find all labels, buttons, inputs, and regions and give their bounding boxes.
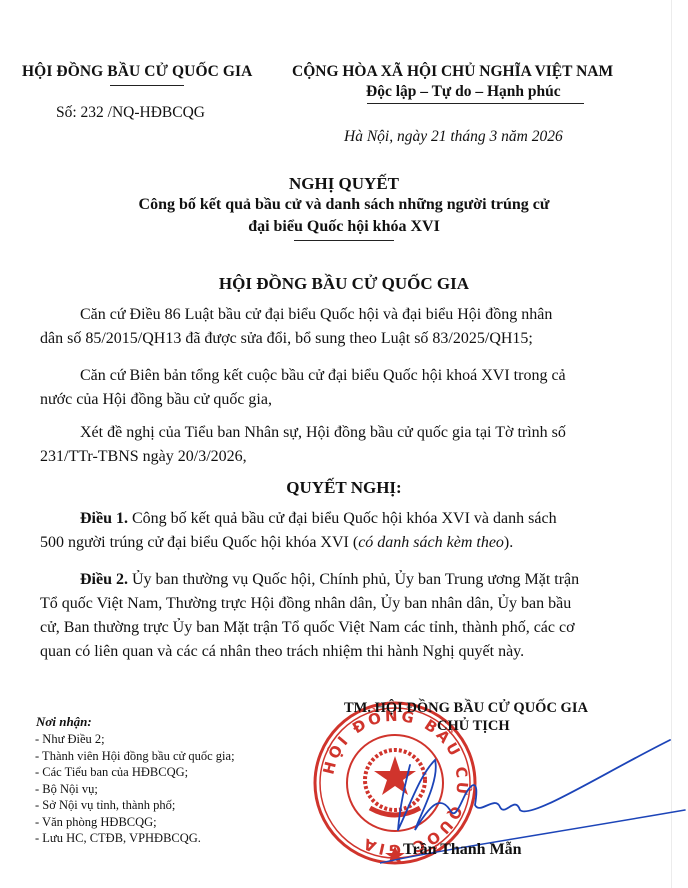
legal-basis-2: Căn cứ Biên bản tổng kết cuộc bầu cử đại… [40,364,658,412]
legal-basis-2-line-1: Căn cứ Biên bản tổng kết cuộc bầu cử đại… [40,364,658,388]
recipient-item: - Các Tiểu ban của HĐBCQG; [35,764,235,781]
document-type: NGHỊ QUYẾT [0,174,688,194]
recipients-list: - Như Điều 2; - Thành viên Hội đồng bầu … [35,731,235,847]
national-title: CỘNG HÒA XÃ HỘI CHỦ NGHĨA VIỆT NAM [292,63,613,81]
issuer-heading: HỘI ĐỒNG BẦU CỬ QUỐC GIA [0,274,688,294]
article-1: Điều 1. Công bố kết quả bầu cử đại biểu … [40,507,658,555]
recipient-item: - Thành viên Hội đồng bầu cử quốc gia; [35,748,235,765]
legal-basis-3-line-1: Xét đề nghị của Tiểu ban Nhân sự, Hội đồ… [40,421,658,445]
document-subject-line-1: Công bố kết quả bầu cử và danh sách nhữn… [0,196,688,214]
recipient-item: - Lưu HC, CTĐB, VPHĐBCQG. [35,830,235,847]
article-2-label: Điều 2. [80,571,128,588]
subject-underline [294,240,394,241]
recipient-item: - Văn phòng HĐBCQG; [35,814,235,831]
article-1-attachment-note: có danh sách kèm theo [358,534,504,551]
legal-basis-2-line-2: nước của Hội đồng bầu cử quốc gia, [40,388,658,412]
org-underline [110,85,184,86]
legal-basis-3: Xét đề nghị của Tiểu ban Nhân sự, Hội đồ… [40,421,658,469]
decision-heading: QUYẾT NGHỊ: [0,478,688,498]
legal-basis-1-line-2: dân số 85/2015/QH13 đã được sửa đổi, bổ … [40,327,658,351]
article-1-text: Công bố kết quả bầu cử đại biểu Quốc hội… [128,510,557,527]
article-2-line-2: Tổ quốc Việt Nam, Thường trực Hội đồng n… [40,592,658,616]
article-2-text: Ủy ban thường vụ Quốc hội, Chính phủ, Ủy… [128,571,579,588]
article-1-text-end: ). [504,534,513,551]
issuing-organization: HỘI ĐỒNG BẦU CỬ QUỐC GIA [22,63,252,81]
recipient-item: - Bộ Nội vụ; [35,781,235,798]
article-2-line-1: Điều 2. Ủy ban thường vụ Quốc hội, Chính… [40,568,658,592]
legal-basis-3-line-2: 231/TTr-TBNS ngày 20/3/2026, [40,445,658,469]
article-2-line-3: cử, Ban thường trực Ủy ban Mặt trận Tổ q… [40,616,658,640]
document-number: Số: 232 /NQ-HĐBCQG [56,104,205,122]
recipient-item: - Sở Nội vụ tỉnh, thành phố; [35,797,235,814]
article-2-line-4: quan có liên quan và các cá nhân theo tr… [40,640,658,664]
article-2: Điều 2. Ủy ban thường vụ Quốc hội, Chính… [40,568,658,664]
recipients-title: Nơi nhận: [36,714,92,730]
article-1-line-1: Điều 1. Công bố kết quả bầu cử đại biểu … [40,507,658,531]
recipient-item: - Như Điều 2; [35,731,235,748]
article-1-label: Điều 1. [80,510,128,527]
article-1-line-2: 500 người trúng cử đại biểu Quốc hội khó… [40,531,658,555]
article-1-text-2: 500 người trúng cử đại biểu Quốc hội khó… [40,534,358,551]
signer-position: CHỦ TỊCH [437,718,510,735]
legal-basis-1: Căn cứ Điều 86 Luật bầu cử đại biểu Quốc… [40,303,658,351]
legal-basis-1-line-1: Căn cứ Điều 86 Luật bầu cử đại biểu Quốc… [40,303,658,327]
signer-name: Trần Thanh Mẫn [403,841,522,859]
motto-underline [367,103,584,104]
document-subject-line-2: đại biểu Quốc hội khóa XVI [0,218,688,236]
national-motto: Độc lập – Tự do – Hạnh phúc [366,83,561,101]
place-and-date: Hà Nội, ngày 21 tháng 3 năm 2026 [344,128,563,146]
signing-on-behalf-of: TM. HỘI ĐỒNG BẦU CỬ QUỐC GIA [344,700,588,717]
